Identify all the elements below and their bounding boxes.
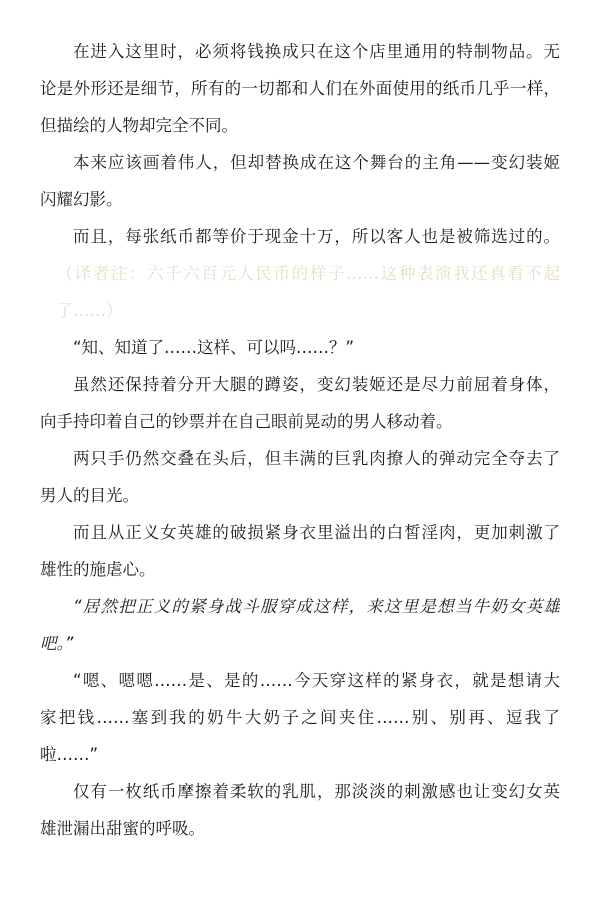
text-line: “居然把正义的紧身战斗服穿成这样，来这里是想当牛奶女英雄 [40, 588, 560, 625]
italic-dialogue-paragraph: “居然把正义的紧身战斗服穿成这样，来这里是想当牛奶女英雄吧。” [40, 588, 560, 662]
translator-note-paragraph: （译者注：六千六百元人民币的样子……这种表演我还真看不起了……） [57, 255, 561, 329]
body-paragraph: “知、知道了……这样、可以吗……？” [40, 329, 560, 366]
body-paragraph: 而且，每张纸币都等价于现金十万，所以客人也是被筛选过的。 [40, 218, 560, 255]
body-paragraph: 本来应该画着伟人，但却替换成在这个舞台的主角——变幻装姬闪耀幻影。 [40, 144, 560, 218]
text-line: 雄性的施虐心。 [40, 551, 560, 588]
body-paragraph: 而且从正义女英雄的破损紧身衣里溢出的白皙淫肉，更加刺激了雄性的施虐心。 [40, 514, 560, 588]
text-line: 男人的目光。 [40, 477, 560, 514]
text-line: “嗯、嗯嗯……是、是的……今天穿这样的紧身衣，就是想请大 [40, 662, 560, 699]
text-line: 向手持印着自己的钞票并在自己眼前晃动的男人移动着。 [40, 403, 560, 440]
document-page: 在进入这里时，必须将钱换成只在这个店里通用的特制物品。无论是外形还是细节，所有的… [0, 0, 600, 921]
text-line: 在进入这里时，必须将钱换成只在这个店里通用的特制物品。无 [40, 33, 560, 70]
text-line: 了……） [57, 292, 561, 329]
text-line: 闪耀幻影。 [40, 181, 560, 218]
text-line: 本来应该画着伟人，但却替换成在这个舞台的主角——变幻装姬 [40, 144, 560, 181]
text-line: 但描绘的人物却完全不同。 [40, 107, 560, 144]
text-line: 而且从正义女英雄的破损紧身衣里溢出的白皙淫肉，更加刺激了 [40, 514, 560, 551]
body-paragraph: 虽然还保持着分开大腿的蹲姿，变幻装姬还是尽力前屈着身体，向手持印着自己的钞票并在… [40, 366, 560, 440]
text-line: 两只手仍然交叠在头后，但丰满的巨乳肉撩人的弹动完全夺去了 [40, 440, 560, 477]
text-line: 吧。” [40, 625, 560, 662]
text-line: 家把钱……塞到我的奶牛大奶子之间夹住……别、别再、逗我了 [40, 699, 560, 736]
body-paragraph: “嗯、嗯嗯……是、是的……今天穿这样的紧身衣，就是想请大家把钱……塞到我的奶牛大… [40, 662, 560, 773]
text-line: 雄泄漏出甜蜜的呼吸。 [40, 810, 560, 847]
text-line: 论是外形还是细节，所有的一切都和人们在外面使用的纸币几乎一样， [40, 70, 560, 107]
text-line: 而且，每张纸币都等价于现金十万，所以客人也是被筛选过的。 [40, 218, 560, 255]
body-paragraph: 在进入这里时，必须将钱换成只在这个店里通用的特制物品。无论是外形还是细节，所有的… [40, 33, 560, 144]
body-paragraph: 两只手仍然交叠在头后，但丰满的巨乳肉撩人的弹动完全夺去了男人的目光。 [40, 440, 560, 514]
text-line: 啦……” [40, 736, 560, 773]
text-line: 虽然还保持着分开大腿的蹲姿，变幻装姬还是尽力前屈着身体， [40, 366, 560, 403]
text-line: （译者注：六千六百元人民币的样子……这种表演我还真看不起 [57, 255, 561, 292]
body-paragraph: 仅有一枚纸币摩擦着柔软的乳肌，那淡淡的刺激感也让变幻女英雄泄漏出甜蜜的呼吸。 [40, 773, 560, 847]
text-line: “知、知道了……这样、可以吗……？” [40, 329, 560, 366]
text-line: 仅有一枚纸币摩擦着柔软的乳肌，那淡淡的刺激感也让变幻女英 [40, 773, 560, 810]
